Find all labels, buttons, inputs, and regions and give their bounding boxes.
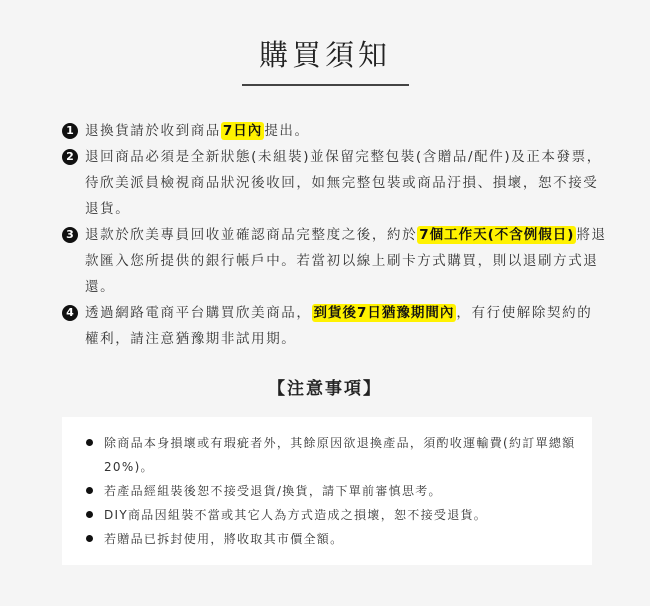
notice-text: 除商品本身損壞或有瑕疵者外，其餘原因欲退換產品，須酌收運輸費(約訂單總額20%)…	[104, 436, 576, 474]
highlight-text: 到貨後7日猶豫期間內	[312, 304, 457, 322]
number-badge-icon: 1	[62, 123, 78, 139]
rule-text: 退回商品必須是全新狀態(未組裝)並保留完整包裝(含贈品/配件)及正本發票，待欣美…	[85, 149, 602, 217]
rule-text: 退換貨請於收到商品	[85, 123, 221, 139]
highlight-text: 7個工作天(不含例假日)	[417, 226, 576, 244]
bullet-icon	[86, 535, 93, 542]
bullet-icon	[86, 487, 93, 494]
rule-text: 退款於欣美專員回收並確認商品完整度之後，約於	[85, 227, 417, 243]
page-title: 購買須知	[0, 33, 650, 74]
notice-item: 若產品經組裝後恕不接受退貨/換貨，請下單前審慎思考。	[86, 479, 576, 503]
highlight-text: 7日內	[221, 122, 264, 140]
notice-box: 除商品本身損壞或有瑕疵者外，其餘原因欲退換產品，須酌收運輸費(約訂單總額20%)…	[62, 417, 592, 565]
bullet-icon	[86, 439, 93, 446]
rule-item-2: 2 退回商品必須是全新狀態(未組裝)並保留完整包裝(含贈品/配件)及正本發票，待…	[62, 144, 607, 222]
rule-item-1: 1 退換貨請於收到商品7日內提出。	[62, 118, 607, 144]
number-badge-icon: 2	[62, 149, 78, 165]
rule-text: 提出。	[264, 123, 309, 139]
notice-item: 除商品本身損壞或有瑕疵者外，其餘原因欲退換產品，須酌收運輸費(約訂單總額20%)…	[86, 431, 576, 479]
notice-list: 除商品本身損壞或有瑕疵者外，其餘原因欲退換產品，須酌收運輸費(約訂單總額20%)…	[86, 431, 576, 551]
number-badge-icon: 3	[62, 227, 78, 243]
rules-list: 1 退換貨請於收到商品7日內提出。 2 退回商品必須是全新狀態(未組裝)並保留完…	[62, 118, 607, 352]
purchase-notice-page: 購買須知 1 退換貨請於收到商品7日內提出。 2 退回商品必須是全新狀態(未組裝…	[0, 0, 650, 606]
rule-item-3: 3 退款於欣美專員回收並確認商品完整度之後，約於7個工作天(不含例假日)將退款匯…	[62, 222, 607, 300]
bullet-icon	[86, 511, 93, 518]
notice-text: 若產品經組裝後恕不接受退貨/換貨，請下單前審慎思考。	[104, 484, 442, 498]
number-badge-icon: 4	[62, 305, 78, 321]
rule-item-4: 4 透過網路電商平台購買欣美商品，到貨後7日猶豫期間內，有行使解除契約的權利，請…	[62, 300, 607, 352]
title-underline	[242, 84, 409, 86]
rule-text: 透過網路電商平台購買欣美商品，	[85, 305, 312, 321]
notice-item: DIY商品因組裝不當或其它人為方式造成之損壞，恕不接受退貨。	[86, 503, 576, 527]
notice-text: DIY商品因組裝不當或其它人為方式造成之損壞，恕不接受退貨。	[104, 508, 487, 522]
notice-item: 若贈品已拆封使用，將收取其市價全額。	[86, 527, 576, 551]
notice-title: 【注意事項】	[0, 374, 650, 399]
notice-text: 若贈品已拆封使用，將收取其市價全額。	[104, 532, 343, 546]
